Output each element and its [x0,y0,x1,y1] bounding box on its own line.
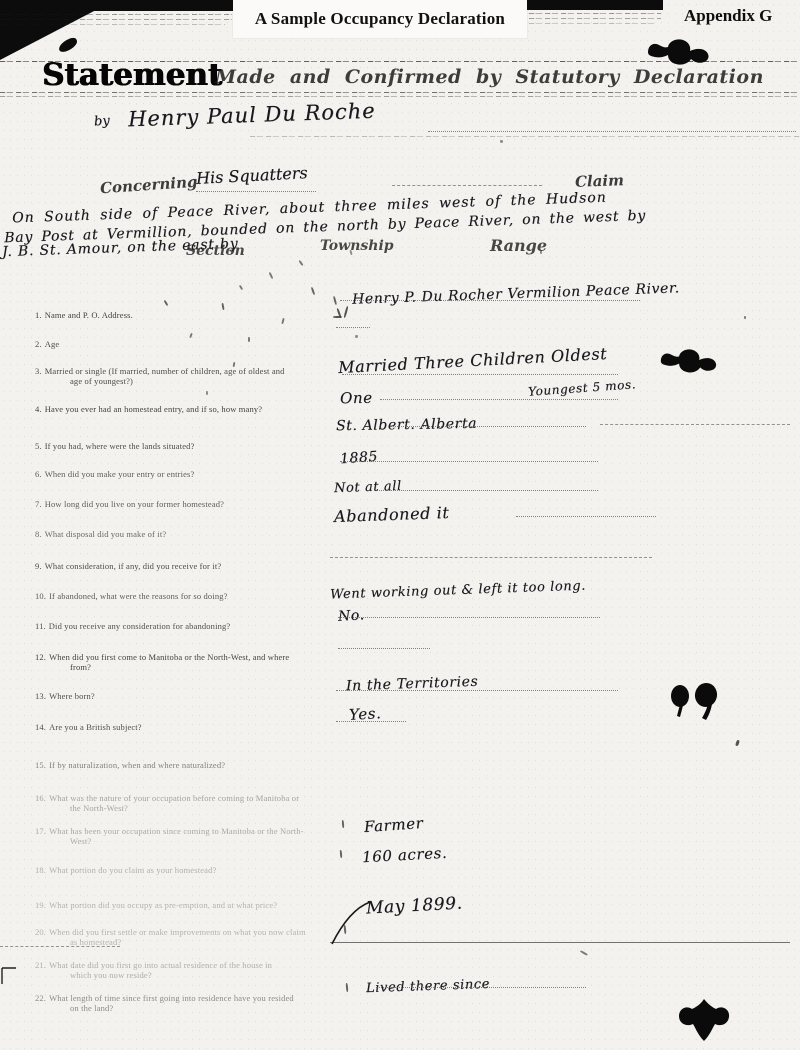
scan-speck [298,260,303,266]
answer-farmer: Farmer [363,814,423,836]
answer-one: One [340,389,373,408]
scan-speck [343,306,348,318]
question-number: 19. [35,900,46,910]
scan-speck [206,391,208,395]
ruled-line [390,426,586,427]
corner-ink-speck [57,36,79,54]
question-number: 17. [35,826,46,836]
section-label: Section [186,243,245,259]
ruled-line [428,131,796,132]
scan-streak [0,96,800,97]
scan-streak [529,13,661,14]
answer-notatall: Not at all [334,479,402,496]
answer-may: May 1899. [366,893,464,918]
claim-label: Claim [575,171,625,191]
question-text: What length of time since first going in… [49,993,294,1003]
statement-title: Statement [42,57,222,93]
scan-speck [735,740,740,747]
scan-speck [333,296,337,305]
question-12: 12.When did you first come to Manitoba o… [35,652,345,672]
question-number: 10. [35,591,46,601]
question-17: 17.What has been your occupation since c… [35,826,345,846]
answer-acres: 160 acres. [362,844,448,866]
question-number: 22. [35,993,46,1003]
question-8: 8.What disposal did you make of it? [35,529,345,539]
scan-speck [164,300,169,306]
question-number: 20. [35,927,46,937]
question-number: 13. [35,691,46,701]
scan-speck [744,316,746,319]
ruled-line [336,721,406,722]
question-number: 3. [35,366,42,376]
answer-youngest: Youngest 5 mos. [528,377,637,399]
top-right-ink-blot [646,36,716,66]
answer-name: Henry P. Du Rocher Vermilion Peace River… [352,280,680,307]
declarant-name-handwritten: Henry Paul Du Roche [128,99,376,132]
scan-speck [342,820,345,828]
question-text: If abandoned, what were the reasons for … [49,591,227,601]
answer-y1885: 1885 [339,449,378,468]
ruled-line [376,987,586,988]
question-text: Did you receive any consideration for ab… [49,621,231,631]
question-text: Have you ever had an homestead entry, an… [45,404,263,414]
scan-speck [340,850,343,858]
ruled-line [196,191,316,192]
question-text-line2: which you now reside? [70,970,345,980]
ruled-line [600,424,790,425]
question-text: What portion did you occupy as pre-empti… [49,900,277,910]
handwriting-swash [330,898,372,946]
scan-speck [540,250,542,254]
scan-streak [0,19,232,20]
ruled-line [376,490,598,491]
question-text: How long did you live on your former hom… [45,499,224,509]
question-19: 19.What portion did you occupy as pre-em… [35,900,345,910]
ruled-line [342,374,618,375]
question-text: When did you make your entry or entries? [45,469,195,479]
question-number: 8. [35,529,42,539]
question-13: 13.Where born? [35,691,345,701]
answer-territories: In the Territories [346,674,479,695]
scan-speck [355,335,358,338]
question-text-line2: from? [70,662,345,672]
question-15: 15.If by naturalization, when and where … [35,760,345,770]
question-number: 12. [35,652,46,662]
question-text: If you had, where were the lands situate… [45,441,195,451]
question-number: 6. [35,469,42,479]
question-number: 1. [35,310,42,320]
question-21: 21.What date did you first go into actua… [35,960,345,980]
appendix-label: Appendix G [684,6,772,26]
question-text: What has been your occupation since comi… [49,826,304,836]
question-number: 21. [35,960,46,970]
question-number: 16. [35,793,46,803]
scan-speck [333,316,342,318]
question-text: Age [45,339,60,349]
ruled-line [380,399,618,400]
scan-streak [529,23,657,24]
range-label: Range [490,236,547,255]
scan-speck [500,140,503,143]
question-number: 2. [35,339,42,349]
question-number: 7. [35,499,42,509]
question-4: 4.Have you ever had an homestead entry, … [35,404,345,414]
scan-speck [580,950,588,955]
scan-streak [529,18,661,19]
question-text: What portion do you claim as your homest… [49,865,216,875]
question-text: What disposal did you make of it? [45,529,167,539]
question-text: Name and P. O. Address. [45,310,133,320]
by-label: by [93,113,110,129]
question-text-line2: the North-West? [70,803,345,813]
scan-speck [281,318,284,324]
answer-married: Married Three Children Oldest [338,344,608,377]
question-22: 22.What length of time since first going… [35,993,345,1013]
question-7: 7.How long did you live on your former h… [35,499,345,509]
scan-streak [250,136,800,137]
ruled-line [516,516,656,517]
answer-working: Went working out & left it too long. [330,579,586,603]
answer-abandoned: Abandoned it [334,503,450,526]
question-14: 14.Are you a British subject? [35,722,345,732]
question-number: 15. [35,760,46,770]
question-text-line2: age of youngest?) [70,376,345,386]
oldest-age-ink-blot [659,340,723,380]
question-18: 18.What portion do you claim as your hom… [35,865,345,875]
scan-speck [189,333,193,338]
ruled-line [338,648,430,649]
question-number: 4. [35,404,42,414]
question-text: When did you first come to Manitoba or t… [49,652,289,662]
ruled-line [336,327,370,328]
question-9: 9.What consideration, if any, did you re… [35,561,345,571]
question-number: 9. [35,561,42,571]
question-3: 3.Married or single (If married, number … [35,366,345,386]
ruled-line [392,185,542,186]
scan-speck [311,287,316,295]
ruled-line [338,617,600,618]
question-text-line2: West? [70,836,345,846]
top-scanner-band-left [0,0,234,11]
ruled-line [330,557,652,558]
ruled-line [336,690,618,691]
township-label: Township [320,238,394,254]
question-text: Married or single (If married, number of… [45,366,285,376]
scan-speck [269,272,274,279]
subject-handwritten: His Squatters [196,163,308,188]
question-text: Are you a British subject? [49,722,142,732]
ruled-line [330,942,790,943]
scan-streak [0,92,800,93]
scanned-occupancy-declaration: A Sample Occupancy Declaration Appendix … [0,0,800,1050]
question-20: 20.When did you first settle or make imp… [35,927,345,947]
ruled-line [340,461,598,462]
question-10: 10.If abandoned, what were the reasons f… [35,591,345,601]
statement-subtitle: Made and Confirmed by Statutory Declarat… [215,66,764,88]
question-text: What consideration, if any, did you rece… [45,561,222,571]
scanner-corner-triangle [0,10,96,60]
question-16: 16.What was the nature of your occupatio… [35,793,345,813]
answer-stalbert: St. Albert. Alberta [336,416,477,434]
question-text: When did you first settle or make improv… [49,927,306,937]
bottom-ink-blot [676,997,732,1043]
statement-word: Statement [42,57,222,93]
page-title: A Sample Occupancy Declaration [255,9,505,29]
scan-speck [221,303,224,310]
question-number: 5. [35,441,42,451]
scan-speck [346,983,349,992]
ruled-line [340,300,640,301]
question-2: 2.Age [35,339,345,349]
question-text: If by naturalization, when and where nat… [49,760,225,770]
question-text-line2: on the land? [70,1003,345,1013]
question-6: 6.When did you make your entry or entrie… [35,469,345,479]
scan-speck [248,337,250,342]
question-11: 11.Did you receive any consideration for… [35,621,345,631]
question-1: 1.Name and P. O. Address. [35,310,345,320]
question-number: 11. [35,621,46,631]
question-text: Where born? [49,691,95,701]
scan-streak [0,24,225,25]
scan-streak [0,14,232,15]
margin-pen-mark [0,966,20,986]
scan-speck [239,285,243,290]
question-number: 14. [35,722,46,732]
ruled-line [0,946,120,947]
concerning-label: Concerning [99,173,197,198]
question-number: 18. [35,865,46,875]
margin-ink-blots [668,682,728,724]
question-5: 5.If you had, where were the lands situa… [35,441,345,451]
page-title-box: A Sample Occupancy Declaration [233,0,527,38]
answer-no: No. [338,607,365,624]
top-scanner-band-right [527,0,663,10]
question-text: What date did you first go into actual r… [49,960,272,970]
question-text: What was the nature of your occupation b… [49,793,299,803]
